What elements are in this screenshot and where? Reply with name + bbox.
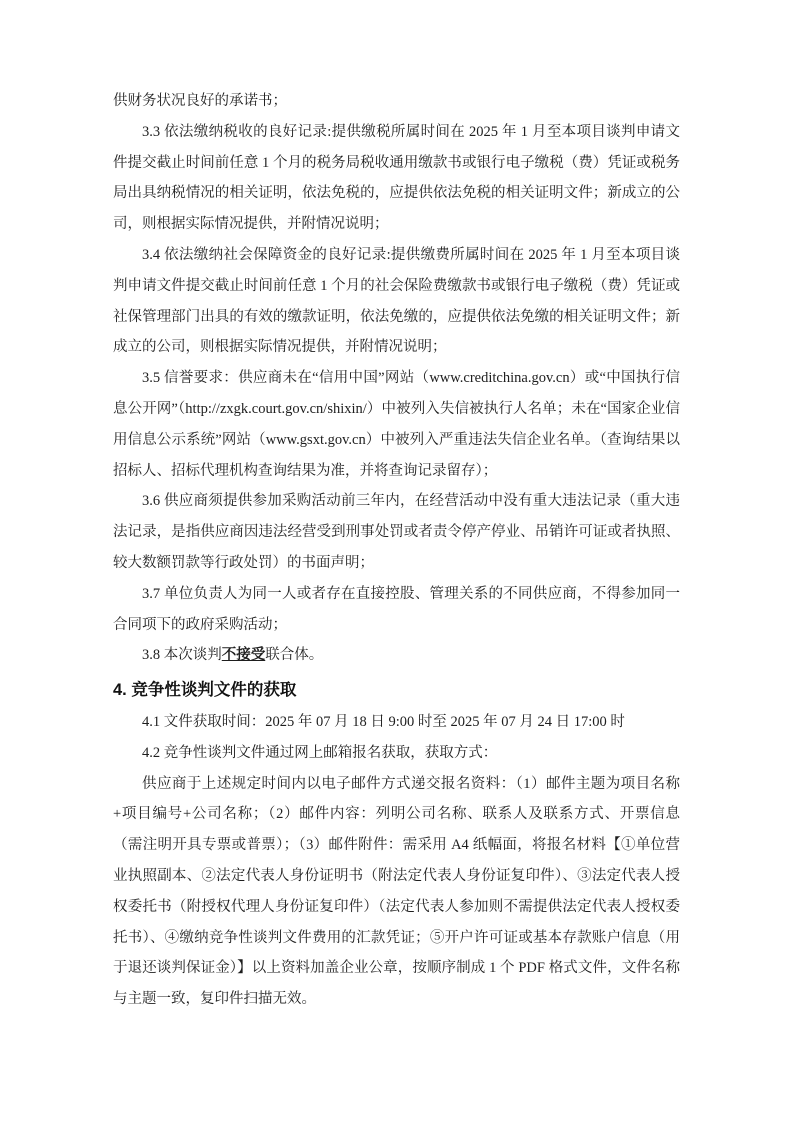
clause-4-2: 4.2 竞争性谈判文件通过网上邮箱报名获取，获取方式： <box>113 738 680 769</box>
paragraph-acquisition-method: 供应商于上述规定时间内以电子邮件方式递交报名资料：（1）邮件主题为项目名称+项目… <box>113 769 680 1015</box>
clause-3-8-suffix: 联合体。 <box>265 647 323 663</box>
clause-3-4: 3.4 依法缴纳社会保障资金的良好记录:提供缴费所属时间在 2025 年 1 月… <box>113 240 680 363</box>
document-page: 供财务状况良好的承诺书； 3.3 依法缴纳税收的良好记录:提供缴税所属时间在 2… <box>0 0 793 1121</box>
document-body: 供财务状况良好的承诺书； 3.3 依法缴纳税收的良好记录:提供缴税所属时间在 2… <box>113 86 680 1015</box>
clause-3-8-prefix: 3.8 本次谈判 <box>142 647 222 663</box>
section-4-heading: 4. 竞争性谈判文件的获取 <box>113 675 680 706</box>
clause-3-3: 3.3 依法缴纳税收的良好记录:提供缴税所属时间在 2025 年 1 月至本项目… <box>113 117 680 240</box>
clause-3-6: 3.6 供应商须提供参加采购活动前三年内，在经营活动中没有重大违法记录（重大违法… <box>113 486 680 578</box>
clause-3-8: 3.8 本次谈判不接受联合体。 <box>113 640 680 671</box>
clause-3-5: 3.5 信誉要求：供应商未在“信用中国”网站（www.creditchina.g… <box>113 363 680 486</box>
clause-3-8-emphasis: 不接受 <box>222 647 266 663</box>
clause-3-7: 3.7 单位负责人为同一人或者存在直接控股、管理关系的不同供应商，不得参加同一合… <box>113 579 680 641</box>
paragraph-continuation: 供财务状况良好的承诺书； <box>113 86 680 117</box>
clause-4-1: 4.1 文件获取时间：2025 年 07 月 18 日 9:00 时至 2025… <box>113 707 680 738</box>
